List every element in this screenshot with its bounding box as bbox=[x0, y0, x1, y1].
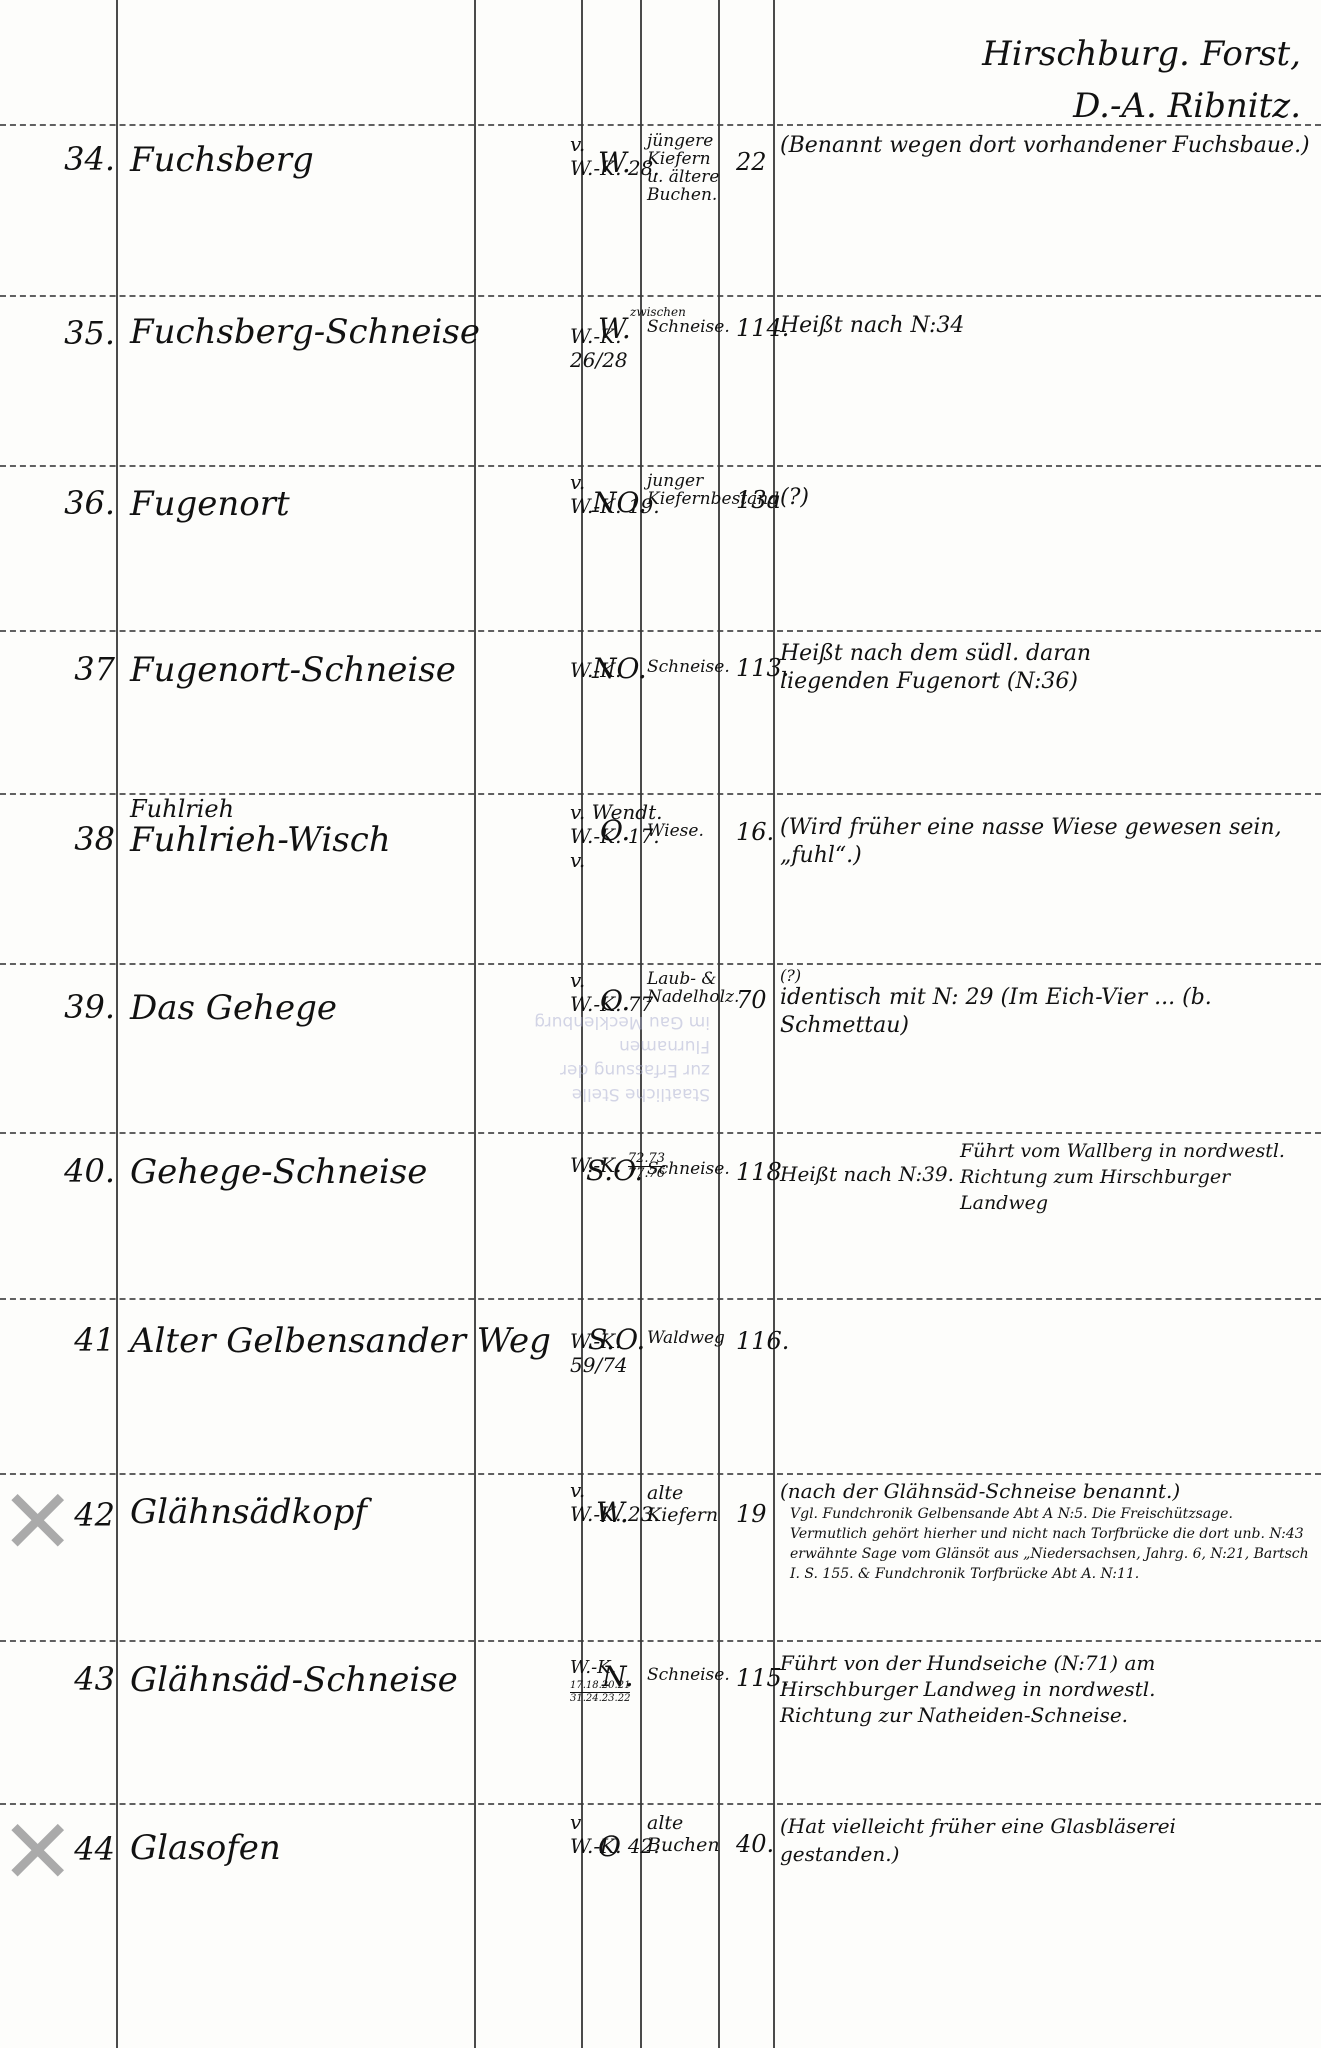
note: (?) identisch mit N: 29 (Im Eich-Vier ..… bbox=[780, 968, 1310, 1040]
row-rule bbox=[0, 465, 1321, 467]
land-type: Wiese. bbox=[647, 822, 722, 840]
map-number: 22 bbox=[736, 148, 776, 176]
map-number: 13a bbox=[736, 486, 776, 514]
land-type: alte Buchen bbox=[647, 1812, 722, 1856]
direction: NO. bbox=[592, 652, 652, 685]
note-reference: Vgl. Fundchronik Gelbensande Abt A N:5. … bbox=[780, 1504, 1310, 1584]
row-rule bbox=[0, 295, 1321, 297]
map-number: 115. bbox=[736, 1664, 776, 1692]
row-rule bbox=[0, 1473, 1321, 1475]
land-type: Laub- & Nadelholz. bbox=[647, 970, 722, 1006]
map-number: 116. bbox=[736, 1327, 776, 1355]
header-line-1: Hirschburg. Forst, bbox=[982, 28, 1301, 80]
map-number: 114. bbox=[736, 314, 776, 342]
note: (Wird früher eine nasse Wiese gewesen se… bbox=[780, 814, 1310, 870]
land-type: Schneise. bbox=[647, 1666, 722, 1684]
entry-number: 34. bbox=[55, 140, 115, 178]
row-rule bbox=[0, 1298, 1321, 1300]
row-rule bbox=[0, 963, 1321, 965]
row-rule bbox=[0, 1132, 1321, 1134]
map-number: 118 bbox=[736, 1158, 776, 1186]
map-number: 19 bbox=[736, 1500, 776, 1528]
land-type: alte Kiefern bbox=[647, 1482, 722, 1526]
note: (?) bbox=[780, 484, 1310, 512]
map-number: 16. bbox=[736, 818, 776, 846]
direction: S.O. bbox=[586, 1154, 646, 1187]
note: Heißt nach dem südl. daran liegenden Fug… bbox=[780, 640, 1110, 696]
entry-number: 38 bbox=[55, 820, 115, 858]
land-type: Schneise. bbox=[647, 318, 722, 336]
land-type: Waldweg bbox=[647, 1329, 722, 1347]
map-number: 70 bbox=[736, 986, 776, 1014]
note: (nach der Glähnsäd-Schneise benannt.) Vg… bbox=[780, 1478, 1310, 1584]
entry-number: 42 bbox=[55, 1496, 115, 1534]
direction: NO. bbox=[592, 486, 652, 519]
note: (Benannt wegen dort vorhandener Fuchsbau… bbox=[780, 132, 1310, 160]
land-type: Schneise. bbox=[647, 658, 722, 676]
entry-number: 37 bbox=[55, 650, 115, 688]
row-rule bbox=[0, 1803, 1321, 1805]
row-rule bbox=[0, 1640, 1321, 1642]
entry-number: 35. bbox=[55, 314, 115, 352]
note: Führt von der Hundseiche (N:71) am Hirsc… bbox=[780, 1650, 1250, 1728]
pencil-cross-mark: ✕ bbox=[0, 1470, 60, 1575]
map-number: 40. bbox=[736, 1830, 776, 1858]
page-header-location: Hirschburg. Forst, D.-A. Ribnitz. bbox=[982, 28, 1301, 132]
entry-number: 43 bbox=[55, 1660, 115, 1698]
entry-number: 36. bbox=[55, 484, 115, 522]
note: Heißt nach N:34 bbox=[780, 312, 1310, 340]
column-rule-number bbox=[116, 0, 118, 2048]
note-addition: Führt vom Wallberg in nordwestl. Richtun… bbox=[960, 1138, 1315, 1216]
direction: S.O. bbox=[588, 1323, 648, 1356]
entry-number: 41 bbox=[55, 1321, 115, 1359]
land-type: junger Kiefernbestand bbox=[647, 472, 722, 508]
entry-number: 44 bbox=[55, 1830, 115, 1868]
row-rule bbox=[0, 630, 1321, 632]
land-type: jüngere Kiefern u. ältere Buchen. bbox=[647, 132, 722, 204]
entry-number: 39. bbox=[55, 988, 115, 1026]
column-rule-count bbox=[773, 0, 775, 2048]
pencil-cross-mark: ✕ bbox=[0, 1800, 60, 1905]
note: (Hat vielleicht früher eine Glasbläserei… bbox=[780, 1812, 1260, 1868]
entry-number: 40. bbox=[55, 1152, 115, 1190]
land-type: Schneise. bbox=[647, 1160, 722, 1178]
map-number: 113. bbox=[736, 654, 776, 682]
header-line-2: D.-A. Ribnitz. bbox=[982, 80, 1301, 132]
note: Heißt nach N:39. bbox=[780, 1160, 970, 1188]
